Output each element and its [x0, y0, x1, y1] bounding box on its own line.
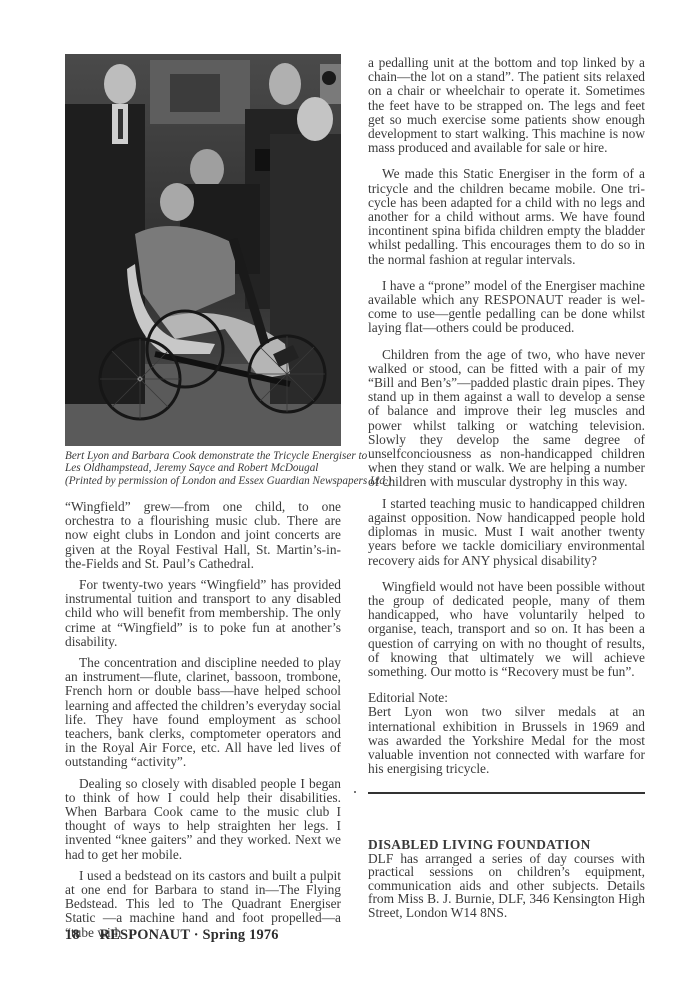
paragraph: Children from the age of two, who have n…	[368, 348, 645, 490]
editorial-note-heading: Editorial Note:	[368, 691, 645, 705]
paragraph: The concentration and discipline needed …	[65, 656, 341, 770]
paragraph: a pedalling unit at the bottom and top l…	[368, 56, 645, 155]
page-footer: 18 RESPONAUT · Spring 1976	[65, 927, 279, 944]
dlf-notice: DISABLED LIVING FOUNDATION DLF has arran…	[368, 838, 645, 920]
paragraph: I have a “prone” model of the Energiser …	[368, 279, 645, 336]
paragraph: Dealing so closely with disabled people …	[65, 777, 341, 862]
section-divider	[368, 792, 645, 794]
photo-caption: Bert Lyon and Barbara Cook demonstrate t…	[65, 450, 350, 487]
photo-tricycle-energiser	[65, 54, 341, 446]
publication-line: RESPONAUT · Spring 1976	[100, 927, 279, 944]
left-column: “Wingfield” grew—from one child, to one …	[65, 500, 341, 947]
paragraph: “Wingfield” grew—from one child, to one …	[65, 500, 341, 571]
photo-image	[65, 54, 341, 446]
paragraph: We made this Static Energiser in the for…	[368, 167, 645, 266]
caption-line: Les Oldhampstead, Jeremy Sayce and Rober…	[65, 462, 350, 474]
paragraph: I started teaching music to handicapped …	[368, 497, 645, 568]
paragraph: Wingfield would not have been possible w…	[368, 580, 645, 679]
caption-line: Bert Lyon and Barbara Cook demonstrate t…	[65, 450, 350, 462]
right-column: a pedalling unit at the bottom and top l…	[368, 56, 645, 783]
page-number: 18	[65, 927, 80, 944]
notice-heading: DISABLED LIVING FOUNDATION	[368, 838, 645, 852]
stray-mark	[354, 791, 356, 793]
caption-credit: (Printed by permission of London and Ess…	[65, 475, 350, 487]
paragraph: For twenty-two years “Wingfield” has pro…	[65, 578, 341, 649]
editorial-note-text: Bert Lyon won two silver medals at an in…	[368, 705, 645, 776]
notice-text: DLF has arranged a series of day courses…	[368, 852, 645, 920]
